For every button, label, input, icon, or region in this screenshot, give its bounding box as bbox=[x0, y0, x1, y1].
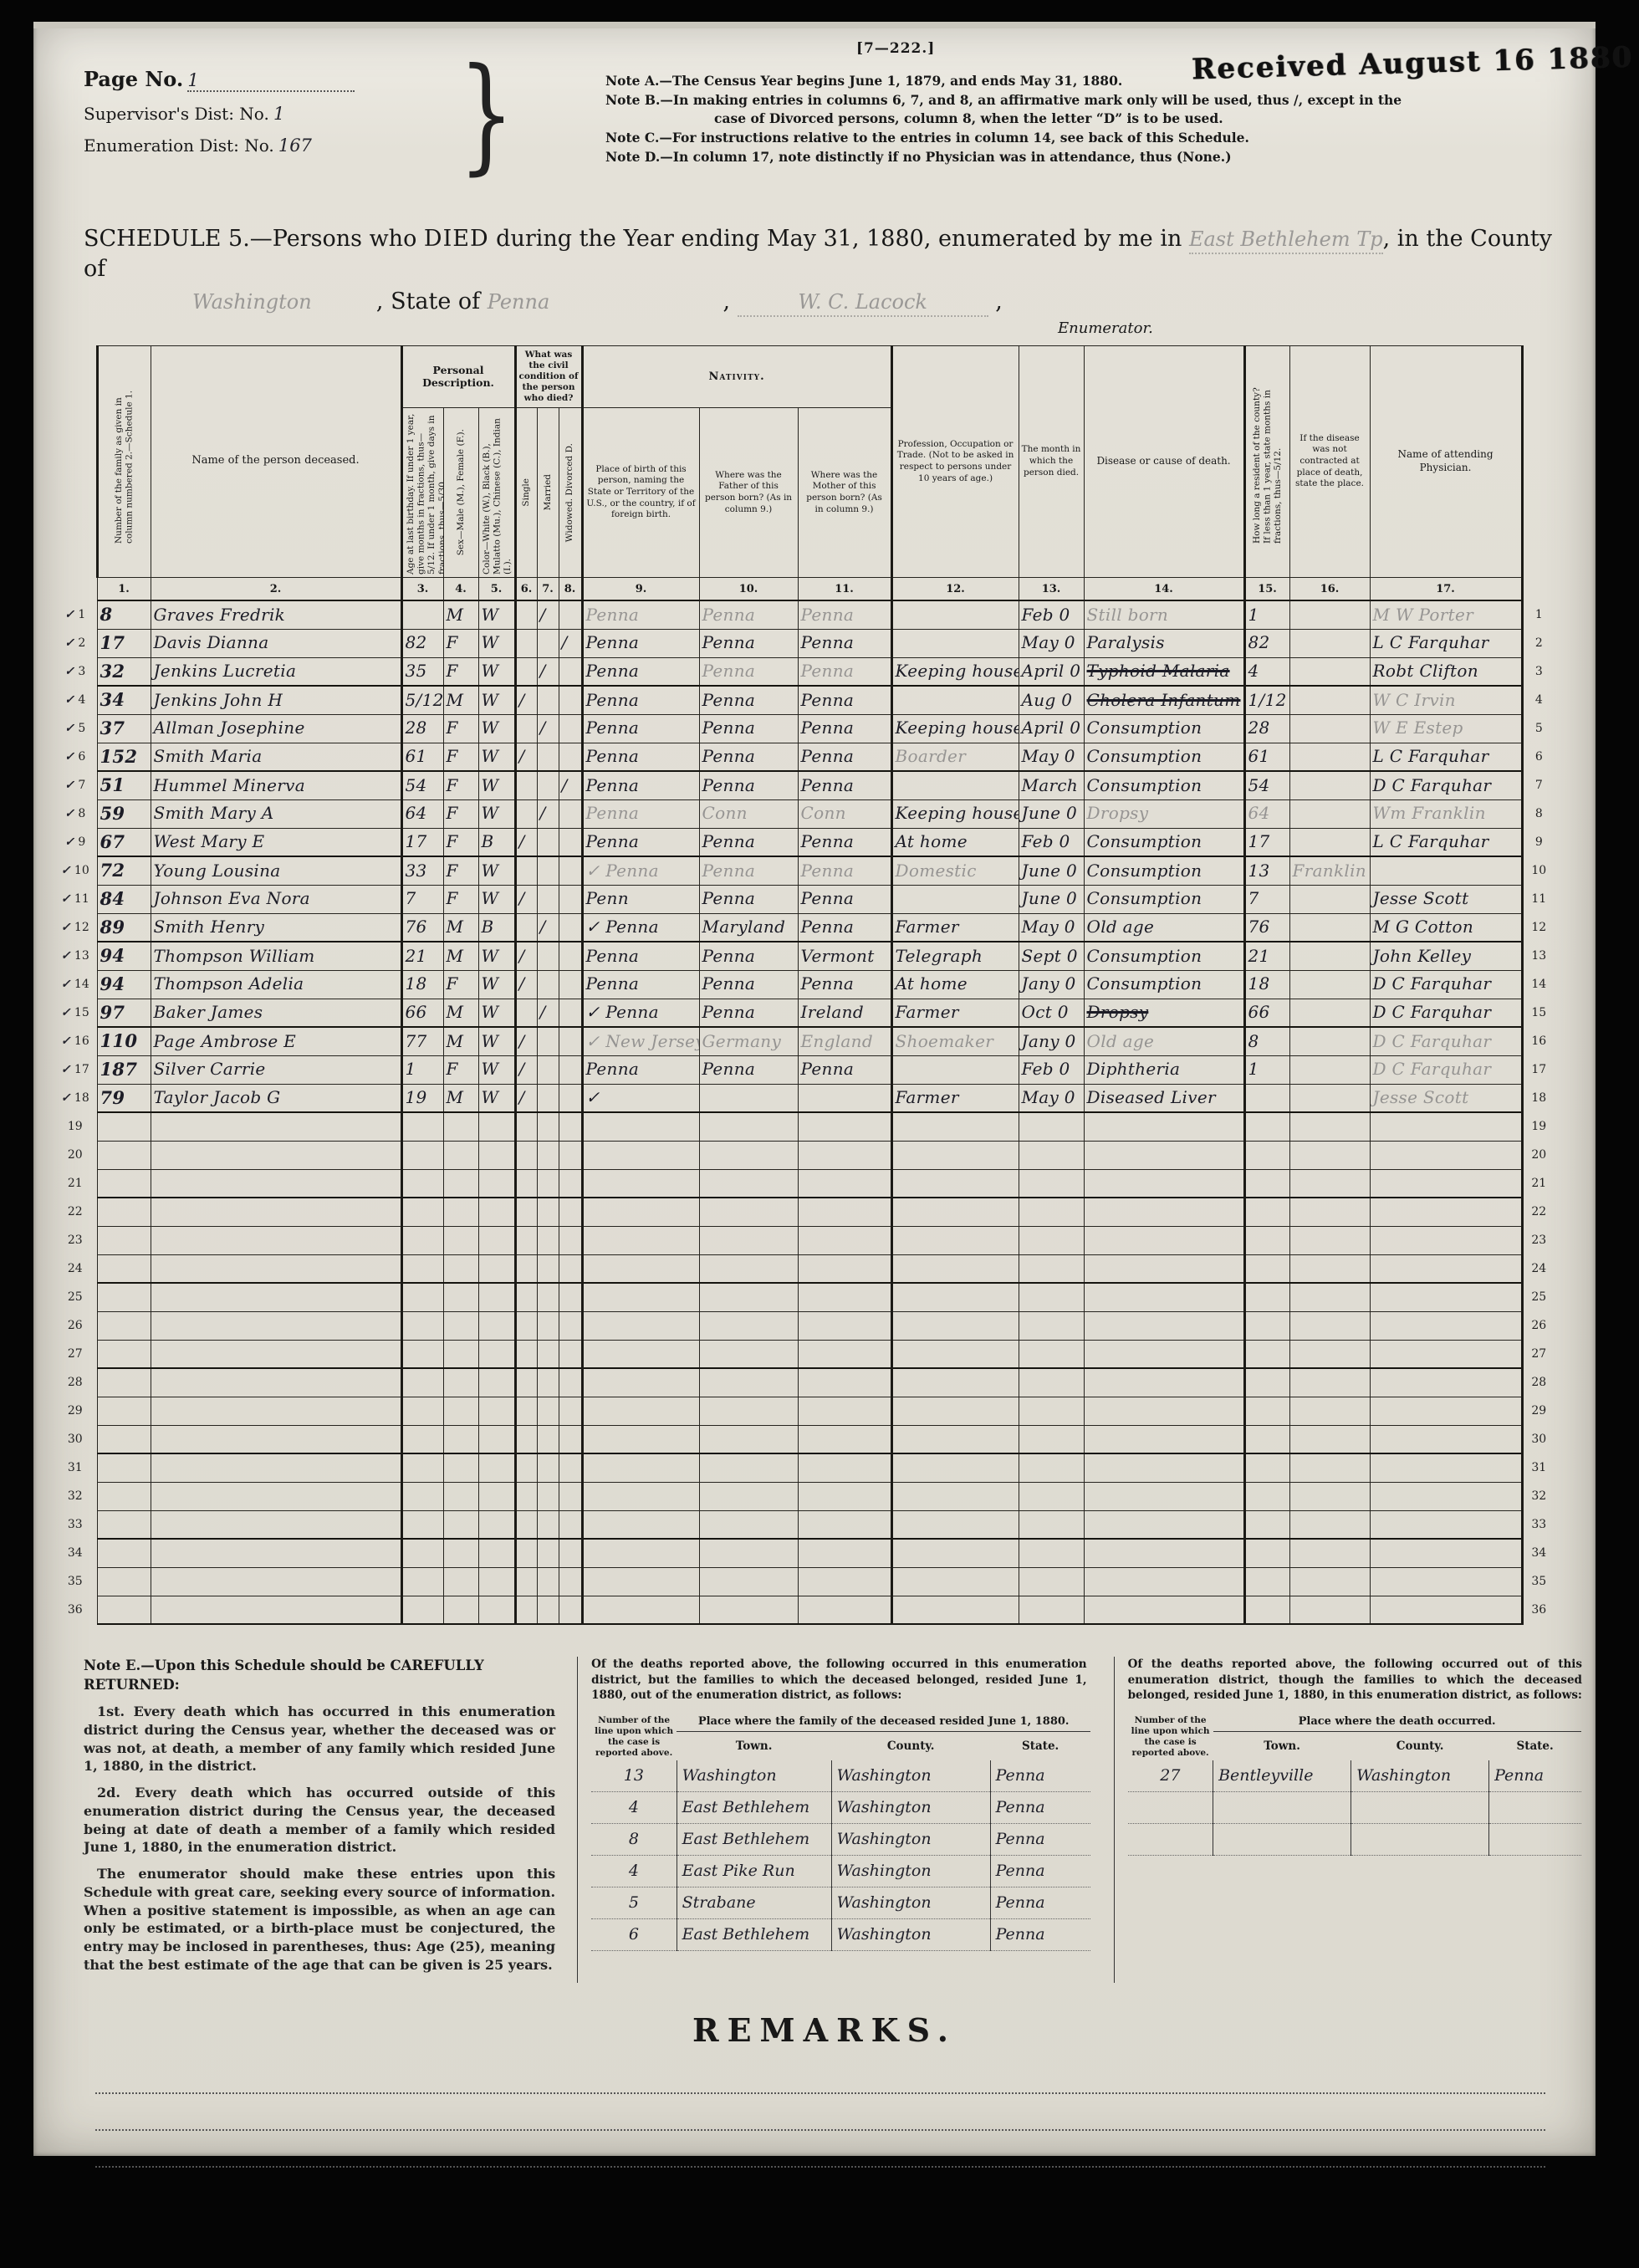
cell-fam bbox=[97, 1453, 151, 1482]
mini-table-row: 6East BethlehemWashingtonPenna bbox=[591, 1918, 1090, 1950]
cell-fam bbox=[97, 1397, 151, 1425]
mini-cell bbox=[1489, 1791, 1581, 1823]
cell-color bbox=[478, 1283, 515, 1311]
cell-sex: F bbox=[443, 771, 478, 799]
cell-physician bbox=[1370, 1397, 1522, 1425]
cell-disease bbox=[1084, 1510, 1244, 1539]
cell-father: Penna bbox=[699, 970, 798, 999]
cell-single bbox=[515, 1482, 537, 1510]
cell-sex: M bbox=[443, 913, 478, 942]
state-header: State. bbox=[990, 1732, 1090, 1760]
left-margin-line-number: 32 bbox=[54, 1482, 97, 1510]
right-margin-line-number: 9 bbox=[1522, 828, 1555, 856]
cell-name: Johnson Eva Nora bbox=[151, 885, 401, 913]
cell-occupation: Domestic bbox=[891, 856, 1019, 885]
cell-place bbox=[1289, 1567, 1370, 1596]
cell-age bbox=[401, 1482, 443, 1510]
mini-cell: 13 bbox=[591, 1760, 677, 1792]
cell-month bbox=[1019, 1254, 1084, 1283]
cell-physician bbox=[1370, 1254, 1522, 1283]
cell-father bbox=[699, 1198, 798, 1226]
cell-color: W bbox=[478, 771, 515, 799]
right-margin-line-number: 6 bbox=[1522, 743, 1555, 771]
right-margin-line-number: 32 bbox=[1522, 1482, 1555, 1510]
cell-married: / bbox=[537, 714, 559, 743]
cell-father bbox=[699, 1482, 798, 1510]
cell-disease: Old age bbox=[1084, 1027, 1244, 1055]
cell-single bbox=[515, 1368, 537, 1397]
cell-color bbox=[478, 1112, 515, 1141]
cell-mother: Penna bbox=[798, 600, 891, 629]
cell-single bbox=[515, 1254, 537, 1283]
cell-birth bbox=[582, 1226, 699, 1254]
cell-widowed bbox=[559, 1027, 582, 1055]
cell-age: 61 bbox=[401, 743, 443, 771]
cell-color bbox=[478, 1226, 515, 1254]
cell-father: Penna bbox=[699, 629, 798, 657]
cell-fam bbox=[97, 1198, 151, 1226]
cell-month: Feb 0 bbox=[1019, 1055, 1084, 1084]
cell-birth bbox=[582, 1596, 699, 1624]
cell-single bbox=[515, 600, 537, 629]
cell-sex: F bbox=[443, 970, 478, 999]
cell-physician: John Kelley bbox=[1370, 942, 1522, 970]
cell-widowed bbox=[559, 1141, 582, 1169]
table-row: ✓ 18Graves FredrikMW/PennaPennaPennaFeb … bbox=[54, 600, 1555, 629]
cell-place bbox=[1289, 629, 1370, 657]
cell-fam bbox=[97, 1226, 151, 1254]
cell-name bbox=[151, 1198, 401, 1226]
cell-birth bbox=[582, 1169, 699, 1198]
left-margin-line-number: 33 bbox=[54, 1510, 97, 1539]
cell-sex: F bbox=[443, 743, 478, 771]
left-margin-line-number: 21 bbox=[54, 1169, 97, 1198]
cell-color bbox=[478, 1510, 515, 1539]
table-row: ✓ 1394Thompson William21MW/PennaPennaVer… bbox=[54, 942, 1555, 970]
out-district-table-block: Of the deaths reported above, the follow… bbox=[1114, 1657, 1587, 1982]
cell-resident: 61 bbox=[1244, 743, 1289, 771]
cell-color: W bbox=[478, 799, 515, 828]
cell-married bbox=[537, 1539, 559, 1567]
cell-mother bbox=[798, 1510, 891, 1539]
cell-place bbox=[1289, 686, 1370, 714]
cell-name: Smith Maria bbox=[151, 743, 401, 771]
cell-father bbox=[699, 1141, 798, 1169]
cell-name bbox=[151, 1311, 401, 1340]
cell-resident bbox=[1244, 1453, 1289, 1482]
table-row: 3434 bbox=[54, 1539, 1555, 1567]
cell-name: Young Lousina bbox=[151, 856, 401, 885]
left-margin-line-number: 24 bbox=[54, 1254, 97, 1283]
cell-color bbox=[478, 1453, 515, 1482]
column-number: 16. bbox=[1289, 577, 1370, 600]
cell-month bbox=[1019, 1112, 1084, 1141]
right-margin-line-number: 33 bbox=[1522, 1510, 1555, 1539]
cell-single bbox=[515, 1510, 537, 1539]
cell-father: Penna bbox=[699, 856, 798, 885]
cell-birth bbox=[582, 1311, 699, 1340]
cell-disease bbox=[1084, 1226, 1244, 1254]
table-row: ✓ 217Davis Dianna82FW/PennaPennaPennaMay… bbox=[54, 629, 1555, 657]
cell-resident: 64 bbox=[1244, 799, 1289, 828]
cell-fam: 67 bbox=[97, 828, 151, 856]
out-district-intro: Of the deaths reported above, the follow… bbox=[1128, 1657, 1582, 1703]
cell-birth bbox=[582, 1368, 699, 1397]
cell-married bbox=[537, 1482, 559, 1510]
cell-disease bbox=[1084, 1340, 1244, 1368]
cell-birth: Penna bbox=[582, 942, 699, 970]
cell-married bbox=[537, 1254, 559, 1283]
in-district-table-block: Of the deaths reported above, the follow… bbox=[577, 1657, 1091, 1982]
cell-father bbox=[699, 1340, 798, 1368]
mini-cell: Penna bbox=[990, 1918, 1090, 1950]
cell-month: Feb 0 bbox=[1019, 600, 1084, 629]
cell-fam: 97 bbox=[97, 999, 151, 1027]
cell-widowed bbox=[559, 1539, 582, 1567]
cell-name bbox=[151, 1226, 401, 1254]
cell-month: June 0 bbox=[1019, 856, 1084, 885]
cell-color: W bbox=[478, 743, 515, 771]
cell-month bbox=[1019, 1169, 1084, 1198]
cell-birth bbox=[582, 1340, 699, 1368]
cell-resident bbox=[1244, 1254, 1289, 1283]
left-margin-line-number: 36 bbox=[54, 1596, 97, 1624]
cell-widowed bbox=[559, 913, 582, 942]
cell-month bbox=[1019, 1482, 1084, 1510]
cell-fam bbox=[97, 1596, 151, 1624]
cell-month bbox=[1019, 1226, 1084, 1254]
mini-table-row: 8East BethlehemWashingtonPenna bbox=[591, 1823, 1090, 1855]
cell-married: / bbox=[537, 799, 559, 828]
cell-widowed bbox=[559, 942, 582, 970]
cell-place bbox=[1289, 1453, 1370, 1482]
cell-month bbox=[1019, 1141, 1084, 1169]
cell-sex bbox=[443, 1198, 478, 1226]
cell-sex bbox=[443, 1169, 478, 1198]
left-margin-line-number: 25 bbox=[54, 1283, 97, 1311]
cell-occupation bbox=[891, 1198, 1019, 1226]
enumeration-dist-value: 167 bbox=[278, 135, 312, 156]
schedule-title: SCHEDULE 5.—Persons who DIED during the … bbox=[84, 224, 1579, 339]
cell-sex bbox=[443, 1340, 478, 1368]
cell-sex bbox=[443, 1226, 478, 1254]
table-row: 2424 bbox=[54, 1254, 1555, 1283]
mini-cell: Penna bbox=[990, 1760, 1090, 1792]
cell-disease: Consumption bbox=[1084, 743, 1244, 771]
cell-color bbox=[478, 1198, 515, 1226]
enumerator-signature: W. C. Lacock bbox=[738, 289, 988, 317]
cell-fam bbox=[97, 1283, 151, 1311]
cell-occupation: Farmer bbox=[891, 999, 1019, 1027]
mini-cell: Strabane bbox=[677, 1887, 831, 1918]
cell-month: Feb 0 bbox=[1019, 828, 1084, 856]
left-margin-line-number: 20 bbox=[54, 1141, 97, 1169]
cell-resident: 18 bbox=[1244, 970, 1289, 999]
mini-cell: 5 bbox=[591, 1887, 677, 1918]
cell-disease bbox=[1084, 1254, 1244, 1283]
cell-fam: 79 bbox=[97, 1084, 151, 1112]
column-number: 8. bbox=[559, 577, 582, 600]
column-number: 3. bbox=[401, 577, 443, 600]
cell-father: Penna bbox=[699, 942, 798, 970]
cell-widowed bbox=[559, 1198, 582, 1226]
left-margin-line-number: ✓ 15 bbox=[54, 999, 97, 1027]
cell-physician: Wm Franklin bbox=[1370, 799, 1522, 828]
cell-physician bbox=[1370, 1453, 1522, 1482]
cell-place bbox=[1289, 600, 1370, 629]
right-margin-line-number: 25 bbox=[1522, 1283, 1555, 1311]
column-number: 6. bbox=[515, 577, 537, 600]
mini-cell bbox=[1489, 1823, 1581, 1855]
left-margin-line-number: 28 bbox=[54, 1368, 97, 1397]
cell-color bbox=[478, 1397, 515, 1425]
cell-father bbox=[699, 1254, 798, 1283]
cell-physician: M G Cotton bbox=[1370, 913, 1522, 942]
col4-header: Sex—Male (M.), Female (F.). bbox=[443, 407, 478, 577]
cell-married bbox=[537, 1226, 559, 1254]
cell-father: Penna bbox=[699, 657, 798, 686]
cell-age bbox=[401, 1596, 443, 1624]
cell-resident bbox=[1244, 1169, 1289, 1198]
cell-resident bbox=[1244, 1425, 1289, 1453]
left-margin-line-number: 31 bbox=[54, 1453, 97, 1482]
cell-widowed bbox=[559, 1368, 582, 1397]
table-row: ✓ 17187Silver Carrie1FW/PennaPennaPennaF… bbox=[54, 1055, 1555, 1084]
mini-table-row: 5StrabaneWashingtonPenna bbox=[591, 1887, 1090, 1918]
cell-occupation bbox=[891, 1539, 1019, 1567]
cell-single: / bbox=[515, 942, 537, 970]
cell-occupation bbox=[891, 1482, 1019, 1510]
cell-place: Franklin bbox=[1289, 856, 1370, 885]
cell-father bbox=[699, 1453, 798, 1482]
column-number: 4. bbox=[443, 577, 478, 600]
cell-mother: Penna bbox=[798, 828, 891, 856]
cell-mother: Penna bbox=[798, 629, 891, 657]
cell-married: / bbox=[537, 999, 559, 1027]
col13-header: The month in which the person died. bbox=[1019, 345, 1084, 577]
cell-color bbox=[478, 1596, 515, 1624]
cell-physician: W C Irvin bbox=[1370, 686, 1522, 714]
cell-resident: 13 bbox=[1244, 856, 1289, 885]
col3-header: Age at last birthday. If under 1 year, g… bbox=[401, 407, 443, 577]
cell-widowed bbox=[559, 600, 582, 629]
cell-mother: Ireland bbox=[798, 999, 891, 1027]
cell-name bbox=[151, 1567, 401, 1596]
cell-widowed bbox=[559, 1453, 582, 1482]
remarks-lines bbox=[54, 2057, 1596, 2168]
cell-birth: Penna bbox=[582, 714, 699, 743]
table-row: 3232 bbox=[54, 1482, 1555, 1510]
mini-cell: 6 bbox=[591, 1918, 677, 1950]
cell-married bbox=[537, 1567, 559, 1596]
cell-resident bbox=[1244, 1084, 1289, 1112]
cell-month: Sept 0 bbox=[1019, 942, 1084, 970]
cell-name: Davis Dianna bbox=[151, 629, 401, 657]
cell-birth bbox=[582, 1141, 699, 1169]
table-row: 2828 bbox=[54, 1368, 1555, 1397]
cell-disease bbox=[1084, 1567, 1244, 1596]
remarks-blank-line bbox=[95, 2094, 1545, 2131]
right-margin-line-number: 29 bbox=[1522, 1397, 1555, 1425]
cell-resident bbox=[1244, 1567, 1289, 1596]
cell-occupation: Boarder bbox=[891, 743, 1019, 771]
cell-resident: 66 bbox=[1244, 999, 1289, 1027]
cell-month bbox=[1019, 1397, 1084, 1425]
cell-resident bbox=[1244, 1283, 1289, 1311]
cell-age: 33 bbox=[401, 856, 443, 885]
cell-disease: Typhoid Malaria bbox=[1084, 657, 1244, 686]
cell-single bbox=[515, 1311, 537, 1340]
cell-widowed bbox=[559, 743, 582, 771]
cell-sex bbox=[443, 1596, 478, 1624]
cell-fam: 51 bbox=[97, 771, 151, 799]
cell-fam: 84 bbox=[97, 885, 151, 913]
cell-occupation: Shoemaker bbox=[891, 1027, 1019, 1055]
table-row: ✓ 6152Smith Maria61FW/PennaPennaPennaBoa… bbox=[54, 743, 1555, 771]
cell-color: W bbox=[478, 1084, 515, 1112]
right-margin-line-number: 15 bbox=[1522, 999, 1555, 1027]
cell-birth: ✓ Penna bbox=[582, 856, 699, 885]
cell-father bbox=[699, 1169, 798, 1198]
left-margin-line-number: ✓ 17 bbox=[54, 1055, 97, 1084]
right-margin-line-number: 31 bbox=[1522, 1453, 1555, 1482]
cell-mother bbox=[798, 1141, 891, 1169]
cell-single: / bbox=[515, 1084, 537, 1112]
cell-married bbox=[537, 743, 559, 771]
cell-father: Maryland bbox=[699, 913, 798, 942]
cell-occupation bbox=[891, 600, 1019, 629]
cell-married bbox=[537, 1510, 559, 1539]
cell-occupation: Keeping house bbox=[891, 714, 1019, 743]
cell-place bbox=[1289, 1425, 1370, 1453]
cell-mother bbox=[798, 1425, 891, 1453]
left-margin-line-number: 29 bbox=[54, 1397, 97, 1425]
column-number: 15. bbox=[1244, 577, 1289, 600]
cell-mother: Vermont bbox=[798, 942, 891, 970]
mini-cell: Penna bbox=[990, 1855, 1090, 1887]
cell-single bbox=[515, 913, 537, 942]
cell-color: W bbox=[478, 686, 515, 714]
cell-resident: 7 bbox=[1244, 885, 1289, 913]
cell-color bbox=[478, 1169, 515, 1198]
cell-month bbox=[1019, 1596, 1084, 1624]
note-e-p3: The enumerator should make these entries… bbox=[84, 1865, 555, 1974]
col1-header: Number of the family as given in column … bbox=[97, 345, 151, 577]
cell-disease bbox=[1084, 1425, 1244, 1453]
cell-mother bbox=[798, 1482, 891, 1510]
cell-mother: Penna bbox=[798, 856, 891, 885]
cell-age: 54 bbox=[401, 771, 443, 799]
cell-name bbox=[151, 1482, 401, 1510]
left-margin-line-number: 23 bbox=[54, 1226, 97, 1254]
cell-place bbox=[1289, 1254, 1370, 1283]
mini-cell bbox=[1128, 1791, 1213, 1823]
cell-single: / bbox=[515, 970, 537, 999]
cell-occupation bbox=[891, 1368, 1019, 1397]
cell-age: 17 bbox=[401, 828, 443, 856]
cell-month bbox=[1019, 1198, 1084, 1226]
cell-mother bbox=[798, 1084, 891, 1112]
cell-resident bbox=[1244, 1539, 1289, 1567]
right-margin-line-number: 3 bbox=[1522, 657, 1555, 686]
cell-birth: Penna bbox=[582, 657, 699, 686]
town-header: Town. bbox=[677, 1732, 831, 1760]
right-margin-line-number: 27 bbox=[1522, 1340, 1555, 1368]
right-margin-line-number: 26 bbox=[1522, 1311, 1555, 1340]
mini-cell: Washington bbox=[831, 1791, 990, 1823]
right-margin-line-number: 17 bbox=[1522, 1055, 1555, 1084]
enumerator-label: Enumerator. bbox=[1058, 319, 1579, 338]
table-row: 2626 bbox=[54, 1311, 1555, 1340]
mini-cell: 27 bbox=[1128, 1760, 1213, 1792]
mini-cell: Penna bbox=[1489, 1760, 1581, 1792]
out-district-body: 27BentleyvilleWashingtonPenna bbox=[1128, 1760, 1581, 1856]
cell-age: 5/12 bbox=[401, 686, 443, 714]
column-number: 2. bbox=[151, 577, 401, 600]
mini-cell bbox=[1213, 1791, 1351, 1823]
cell-occupation bbox=[891, 1340, 1019, 1368]
cell-occupation bbox=[891, 1425, 1019, 1453]
cell-single bbox=[515, 1539, 537, 1567]
cell-single: / bbox=[515, 1027, 537, 1055]
column-number: 9. bbox=[582, 577, 699, 600]
table-row: ✓ 434Jenkins John H5/12MW/PennaPennaPenn… bbox=[54, 686, 1555, 714]
cell-resident bbox=[1244, 1226, 1289, 1254]
civil-condition-group: What was the civil condition of the pers… bbox=[515, 345, 582, 407]
cell-widowed bbox=[559, 1340, 582, 1368]
cell-month: June 0 bbox=[1019, 799, 1084, 828]
cell-month: May 0 bbox=[1019, 1084, 1084, 1112]
cell-widowed bbox=[559, 1311, 582, 1340]
cell-name: Smith Henry bbox=[151, 913, 401, 942]
cell-mother: Penna bbox=[798, 970, 891, 999]
cell-married bbox=[537, 885, 559, 913]
table-row: ✓ 1597Baker James66MW/✓ PennaPennaIrelan… bbox=[54, 999, 1555, 1027]
cell-occupation bbox=[891, 1567, 1019, 1596]
cell-physician bbox=[1370, 1368, 1522, 1397]
cell-single bbox=[515, 714, 537, 743]
cell-physician bbox=[1370, 1539, 1522, 1567]
cell-resident bbox=[1244, 1596, 1289, 1624]
cell-widowed: / bbox=[559, 771, 582, 799]
cell-age bbox=[401, 1539, 443, 1567]
cell-widowed bbox=[559, 686, 582, 714]
mini-cell: Washington bbox=[831, 1918, 990, 1950]
cell-widowed bbox=[559, 856, 582, 885]
table-row: ✓ 859Smith Mary A64FW/PennaConnConnKeepi… bbox=[54, 799, 1555, 828]
cell-month bbox=[1019, 1510, 1084, 1539]
cell-single: / bbox=[515, 885, 537, 913]
cell-color: B bbox=[478, 913, 515, 942]
cell-color bbox=[478, 1425, 515, 1453]
cell-mother bbox=[798, 1453, 891, 1482]
in-district-linecol-header: Number of the line upon which the case i… bbox=[591, 1714, 677, 1760]
cell-disease bbox=[1084, 1169, 1244, 1198]
cell-single: / bbox=[515, 743, 537, 771]
cell-place bbox=[1289, 828, 1370, 856]
cell-age bbox=[401, 1283, 443, 1311]
cell-disease bbox=[1084, 1397, 1244, 1425]
cell-age: 7 bbox=[401, 885, 443, 913]
table-header: Number of the family as given in column … bbox=[54, 345, 1555, 600]
cell-name bbox=[151, 1340, 401, 1368]
left-margin-line-number: ✓ 2 bbox=[54, 629, 97, 657]
cell-color: W bbox=[478, 942, 515, 970]
cell-age: 66 bbox=[401, 999, 443, 1027]
cell-married bbox=[537, 856, 559, 885]
mini-cell: 4 bbox=[591, 1855, 677, 1887]
right-margin-line-number: 13 bbox=[1522, 942, 1555, 970]
